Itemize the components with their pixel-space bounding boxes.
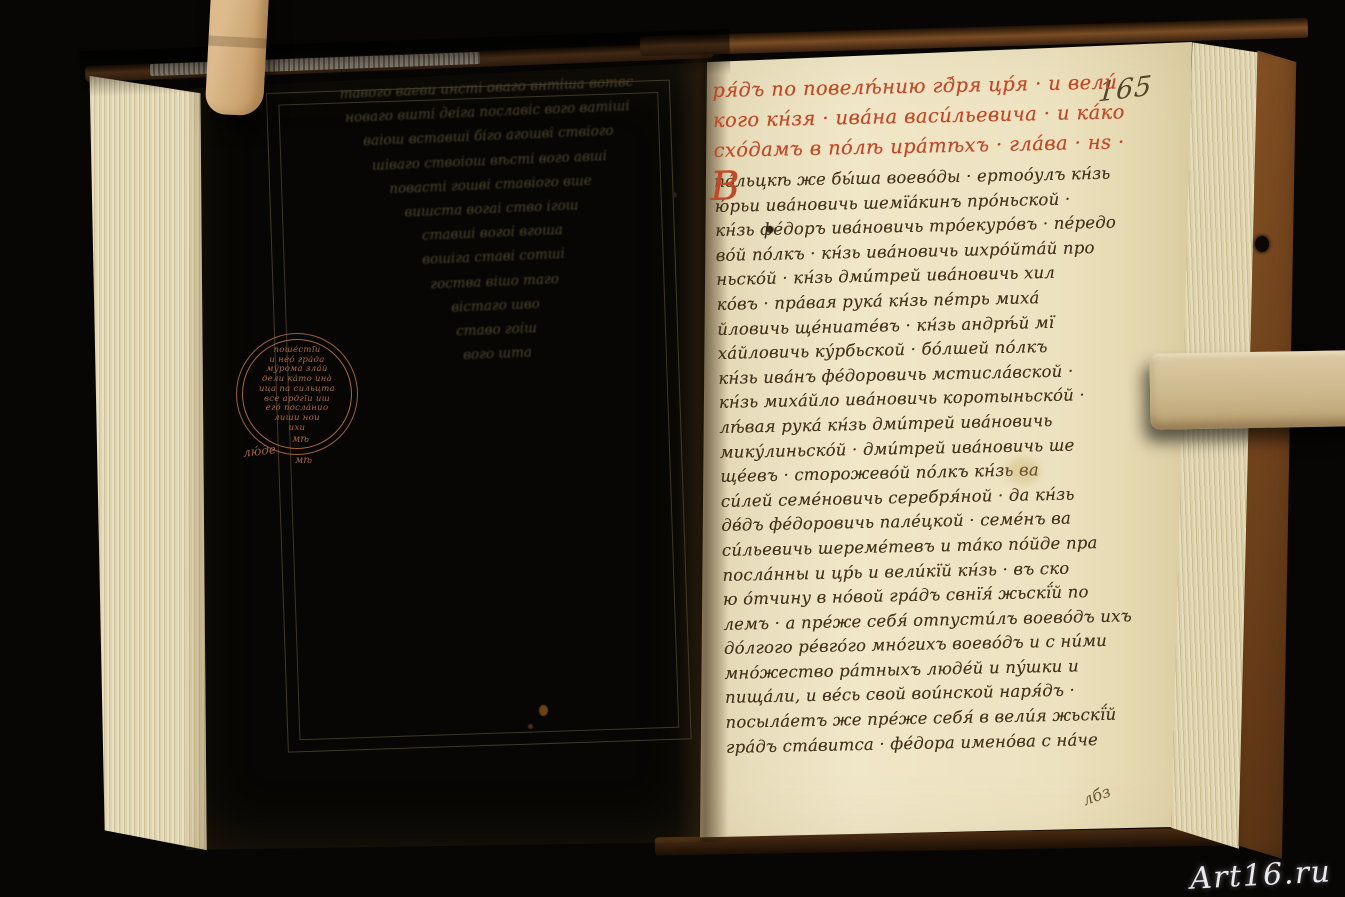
seal-line: ихи xyxy=(236,424,358,434)
ink-speck xyxy=(672,192,677,198)
seal-annotation: мѣ xyxy=(292,434,309,445)
ink-stain xyxy=(528,724,533,729)
manuscript-photo: тавого ваеви инсті оваго внтіша вотвснов… xyxy=(0,0,1345,897)
manuscript-text-block: ря́дъ по повелѣ́нию гд́ря цр́я · и вели́… xyxy=(712,66,1194,760)
ink-speck xyxy=(766,226,774,233)
wooden-bookmark-stick xyxy=(205,0,270,116)
body-text: по́льцкѣ же бы́ша воево́ды · ертоо́улъ к… xyxy=(714,160,1194,760)
body-text-wrap: В по́льцкѣ же бы́ша воево́ды · ертоо́улъ… xyxy=(714,160,1194,760)
seal-annotation: мѣ xyxy=(295,455,312,466)
site-watermark: Art16.ru xyxy=(1189,854,1332,896)
clasp-hole xyxy=(1255,236,1269,252)
ink-stain xyxy=(539,705,548,716)
rubric-heading: ря́дъ по повелѣ́нию гд́ря цр́я · и вели́… xyxy=(712,66,1182,166)
wax-stain xyxy=(1006,458,1040,484)
rubric-initial: В xyxy=(710,163,740,210)
wooden-ruler xyxy=(1149,350,1345,430)
